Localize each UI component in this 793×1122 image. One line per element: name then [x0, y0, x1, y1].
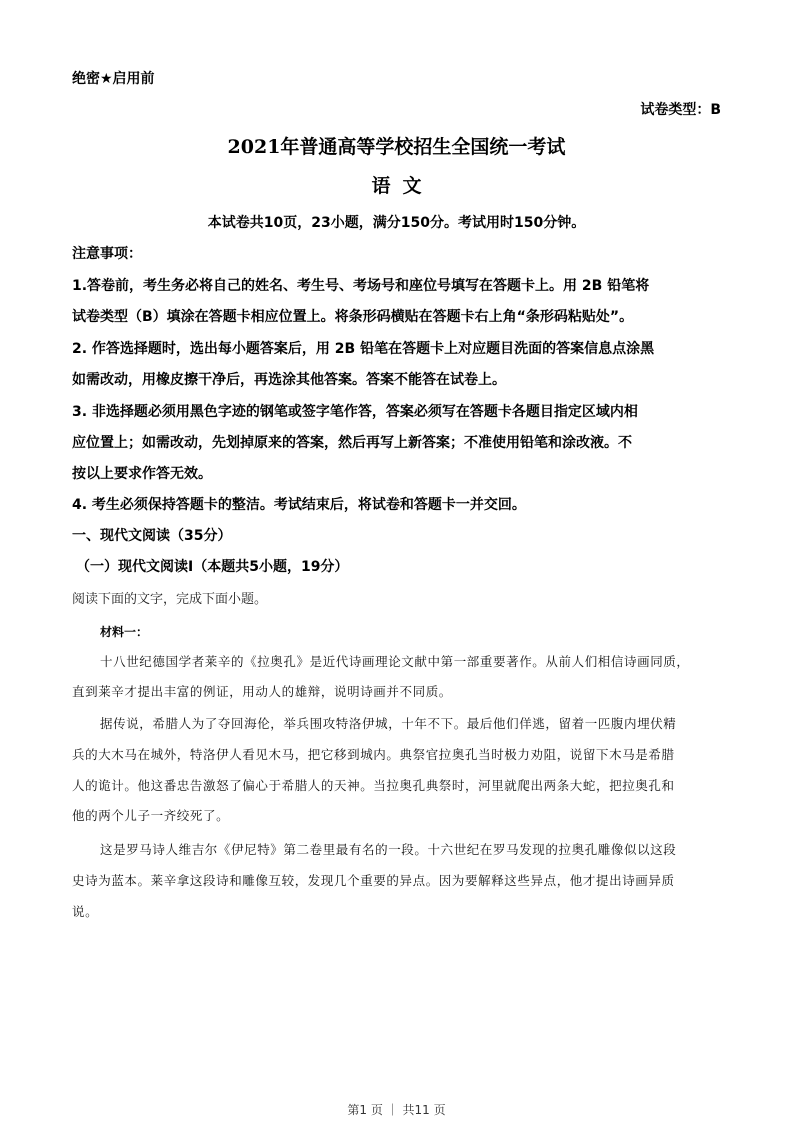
exam-title: 2021年普通高等学校招生全国统一考试 — [0, 132, 793, 159]
notice-line: 3. 非选择题必须用黑色字迹的钢笔或签字笔作答，答案必须写在答题卡各题目指定区域… — [72, 401, 638, 421]
subject-title: 语文 — [0, 171, 793, 198]
paragraph-line: 十八世纪德国学者莱辛的《拉奥孔》是近代诗画理论文献中第一部重要著作。从前人们相信… — [100, 652, 690, 670]
paragraph-line: 他的两个儿子一齐绞死了。 — [72, 806, 229, 824]
paper-type-label: 试卷类型：B — [640, 99, 721, 119]
paragraph-line: 说。 — [72, 902, 98, 920]
paragraph-line: 直到莱辛才提出丰富的例证，用动人的雄辩，说明诗画并不同质。 — [72, 682, 452, 700]
reading-instruction: 阅读下面的文字，完成下面小题。 — [72, 588, 267, 607]
notice-line: 1.答卷前，考生务必将自己的姓名、考生号、考场号和座位号填写在答题卡上。用 2B… — [72, 275, 649, 295]
paragraph-line: 史诗为蓝本。莱辛拿这段诗和雕像互较，发现几个重要的异点。因为要解释这些异点，他才… — [72, 871, 675, 889]
notice-line: 如需改动，用橡皮擦干净后，再选涂其他答案。答案不能答在试卷上。 — [72, 369, 506, 389]
confidential-label: 绝密★启用前 — [72, 68, 155, 88]
notice-line: 应位置上；如需改动，先划掉原来的答案，然后再写上新答案；不准使用铅笔和涂改液。不 — [72, 432, 632, 452]
paragraph-line: 据传说，希腊人为了夺回海伦，举兵围攻特洛伊城，十年不下。最后他们佯逃，留着一匹腹… — [100, 714, 676, 732]
exam-page: 绝密★启用前 试卷类型：B 2021年普通高等学校招生全国统一考试 语文 本试卷… — [0, 0, 793, 1122]
notice-line: 2. 作答选择题时，选出每小题答案后，用 2B 铅笔在答题卡上对应题目洗面的答案… — [72, 338, 654, 358]
notice-line: 按以上要求作答无效。 — [72, 463, 212, 483]
notice-heading: 注意事项： — [72, 243, 142, 263]
notice-line: 4. 考生必须保持答题卡的整洁。考试结束后，将试卷和答题卡一并交回。 — [72, 494, 526, 514]
subsection-heading: （一）现代文阅读Ⅰ（本题共5小题，19分） — [76, 556, 348, 576]
section-heading: 一、现代文阅读（35分） — [72, 525, 231, 545]
material-label: 材料一： — [100, 623, 148, 640]
paragraph-line: 人的诡计。他这番忠告激怒了偏心于希腊人的天神。当拉奥孔典祭时，河里就爬出两条大蛇… — [72, 776, 675, 794]
notice-line: 试卷类型（B）填涂在答题卡相应位置上。将条形码横贴在答题卡右上角“条形码粘贴处”… — [72, 306, 633, 326]
exam-info: 本试卷共10页，23小题，满分150分。考试用时150分钟。 — [0, 212, 793, 232]
paragraph-line: 这是罗马诗人维吉尔《伊尼特》第二卷里最有名的一段。十六世纪在罗马发现的拉奥孔雕像… — [100, 840, 676, 858]
page-indicator: 第1 页 ｜ 共11 页 — [0, 1101, 793, 1118]
paragraph-line: 兵的大木马在城外，特洛伊人看见木马，把它移到城内。典祭官拉奥孔当时极力劝阻，说留… — [72, 745, 675, 763]
